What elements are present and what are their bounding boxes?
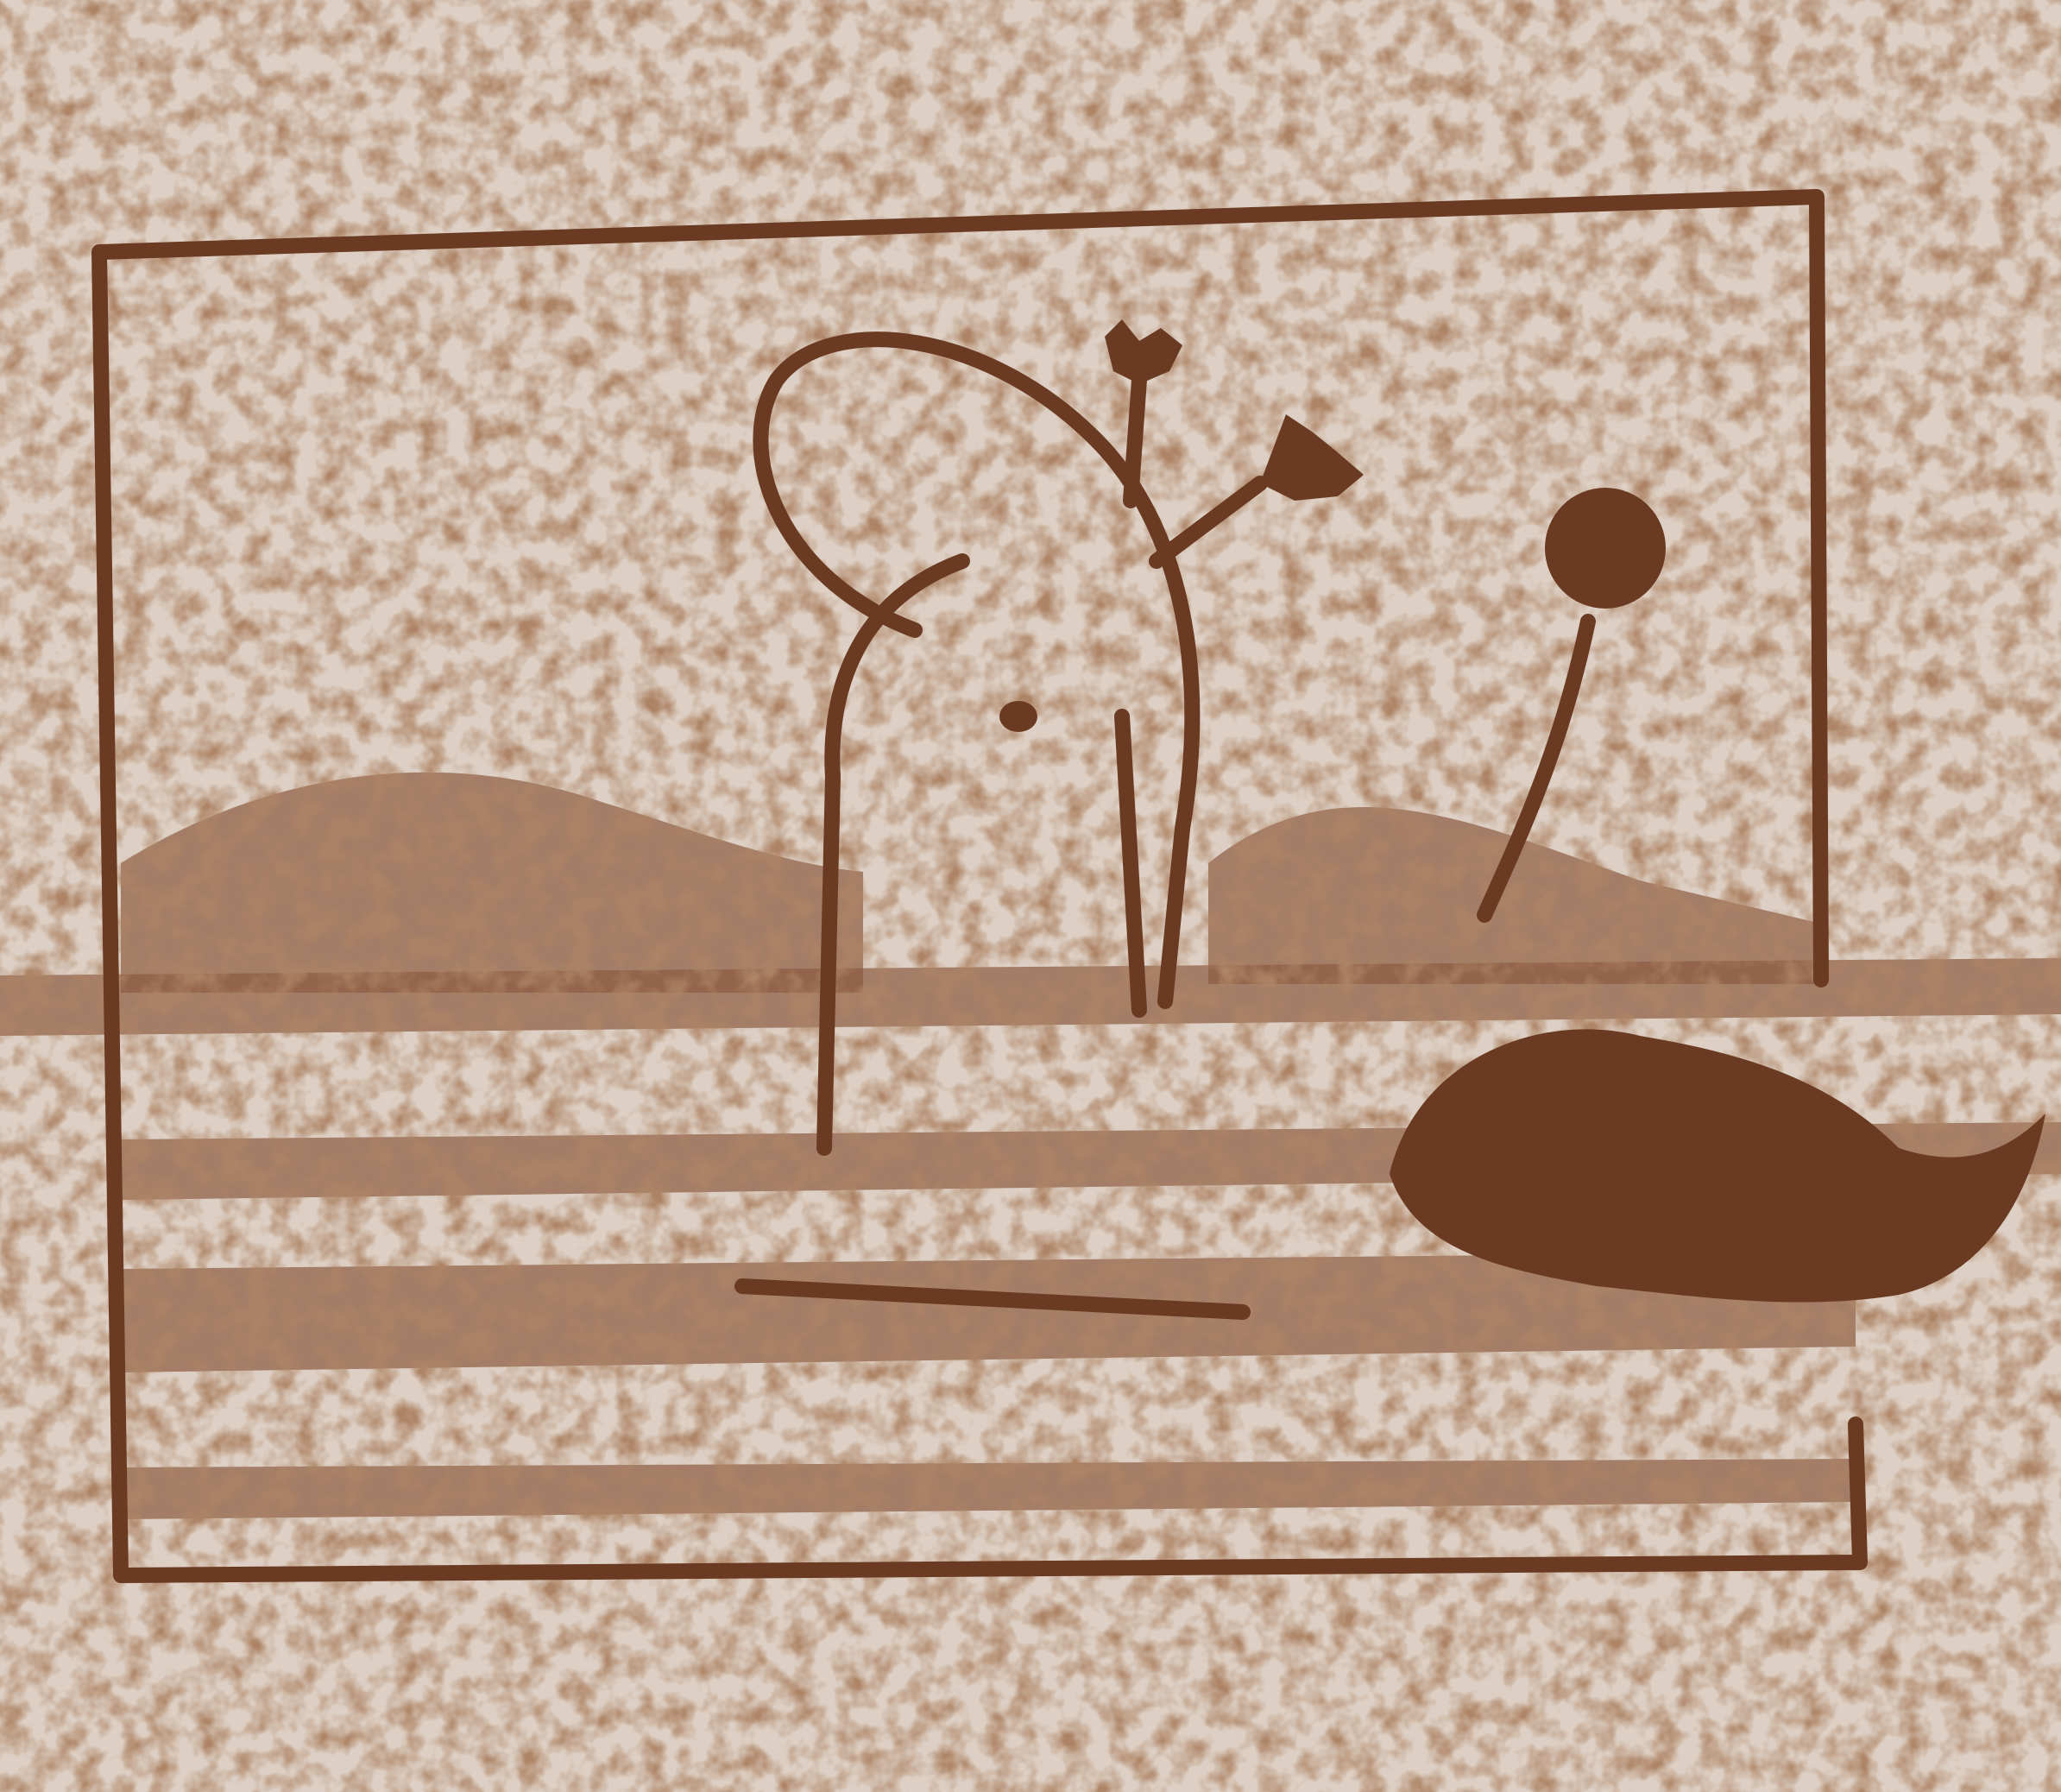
artwork (0, 0, 2061, 1792)
rose-flower (1545, 488, 1666, 609)
flower-stem-left (1131, 380, 1139, 501)
figure-eye (999, 701, 1037, 732)
